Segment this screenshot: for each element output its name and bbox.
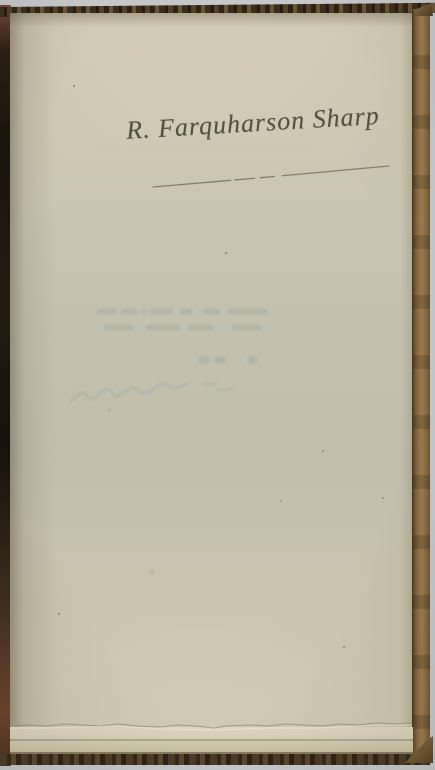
foxing-speck bbox=[225, 252, 227, 254]
foxing-speck bbox=[322, 450, 324, 452]
faint-smudge bbox=[150, 571, 154, 574]
foxing-speck bbox=[343, 646, 345, 648]
foxing-speck bbox=[73, 85, 75, 87]
faint-smudge bbox=[108, 409, 111, 411]
ink-show-through-script bbox=[66, 383, 261, 413]
page-flyleaf: R. Farquharson Sharp bbox=[10, 13, 412, 727]
owner-signature: R. Farquharson Sharp bbox=[125, 98, 426, 146]
ink-show-through-line-2 bbox=[104, 325, 262, 343]
book-photo: R. Farquharson Sharp bbox=[0, 0, 435, 770]
page-deckle-edge bbox=[10, 714, 413, 736]
ink-show-through-mark bbox=[199, 357, 257, 375]
foxing-speck bbox=[280, 500, 282, 502]
page-stack-edges-lower bbox=[10, 741, 413, 752]
book-bottom-edge bbox=[0, 754, 430, 765]
foxing-speck bbox=[382, 497, 384, 499]
signature-underline bbox=[143, 159, 399, 193]
foxing-speck bbox=[58, 613, 60, 615]
